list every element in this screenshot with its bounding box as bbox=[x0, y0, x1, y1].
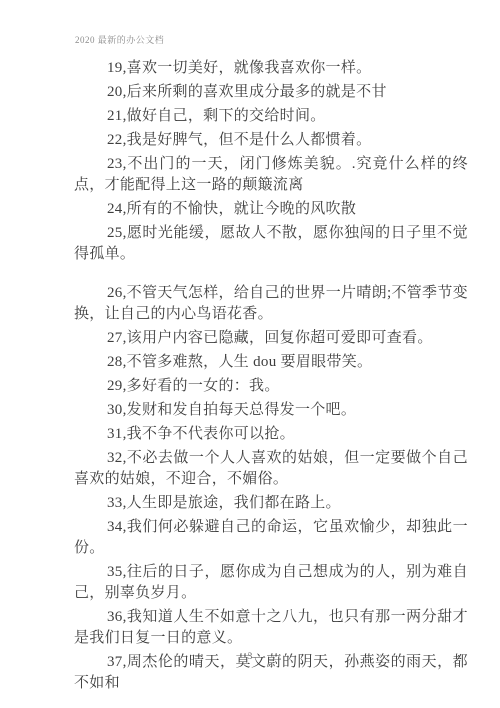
paragraph-27: 27,该用户内容已隐藏，回复你超可爱即可查看。 bbox=[74, 328, 468, 349]
paragraph-24: 24,所有的不愉快，就让今晚的风吹散 bbox=[74, 199, 468, 220]
paragraph-36: 36,我知道人生不如意十之八九，也只有那一两分甜才是我们日复一日的意义。 bbox=[74, 607, 468, 649]
paragraph-35: 35,往后的日子，愿你成为自己想成为的人，别为难自己，别辜负岁月。 bbox=[74, 562, 468, 604]
paragraph-21: 21,做好自己，剩下的交给时间。 bbox=[74, 106, 468, 127]
paragraph-26: 26,不管天气怎样，给自己的世界一片晴朗;不管季节变换，让自己的内心鸟语花香。 bbox=[74, 283, 468, 325]
paragraph-22: 22,我是好脾气，但不是什么人都惯着。 bbox=[74, 130, 468, 151]
paragraph-30: 30,发财和发自拍每天总得发一个吧。 bbox=[74, 400, 468, 421]
paragraph-23: 23,不出门的一天，闭门修炼美貌。.究竟什么样的终点，才能配得上这一路的颠簸流离 bbox=[74, 154, 468, 196]
paragraph-19: 19,喜欢一切美好，就像我喜欢你一样。 bbox=[74, 58, 468, 79]
paragraph-33: 33,人生即是旅途，我们都在路上。 bbox=[74, 493, 468, 514]
paragraph-32: 32,不必去做一个人人喜欢的姑娘，但一定要做个自己喜欢的姑娘，不迎合，不媚俗。 bbox=[74, 448, 468, 490]
paragraph-28: 28,不管多难熬，人生 dou 要眉眼带笑。 bbox=[74, 352, 468, 373]
paragraph-20: 20,后来所剩的喜欢里成分最多的就是不甘 bbox=[74, 82, 468, 103]
document-header-title: 2020 最新的办公文档 bbox=[75, 33, 164, 46]
paragraph-34: 34,我们何必躲避自己的命运，它虽欢愉少，却独此一份。 bbox=[74, 517, 468, 559]
paragraph-25: 25,愿时光能缓，愿故人不散，愿你独闯的日子里不觉得孤单。 bbox=[74, 223, 468, 265]
document-page: 2020 最新的办公文档 19,喜欢一切美好，就像我喜欢你一样。 20,后来所剩… bbox=[0, 0, 500, 708]
document-body: 19,喜欢一切美好，就像我喜欢你一样。 20,后来所剩的喜欢里成分最多的就是不甘… bbox=[74, 58, 468, 697]
page-number: 3 bbox=[0, 651, 500, 661]
paragraph-29: 29,多好看的一女的：我。 bbox=[74, 376, 468, 397]
paragraph-31: 31,我不争不代表你可以抢。 bbox=[74, 424, 468, 445]
